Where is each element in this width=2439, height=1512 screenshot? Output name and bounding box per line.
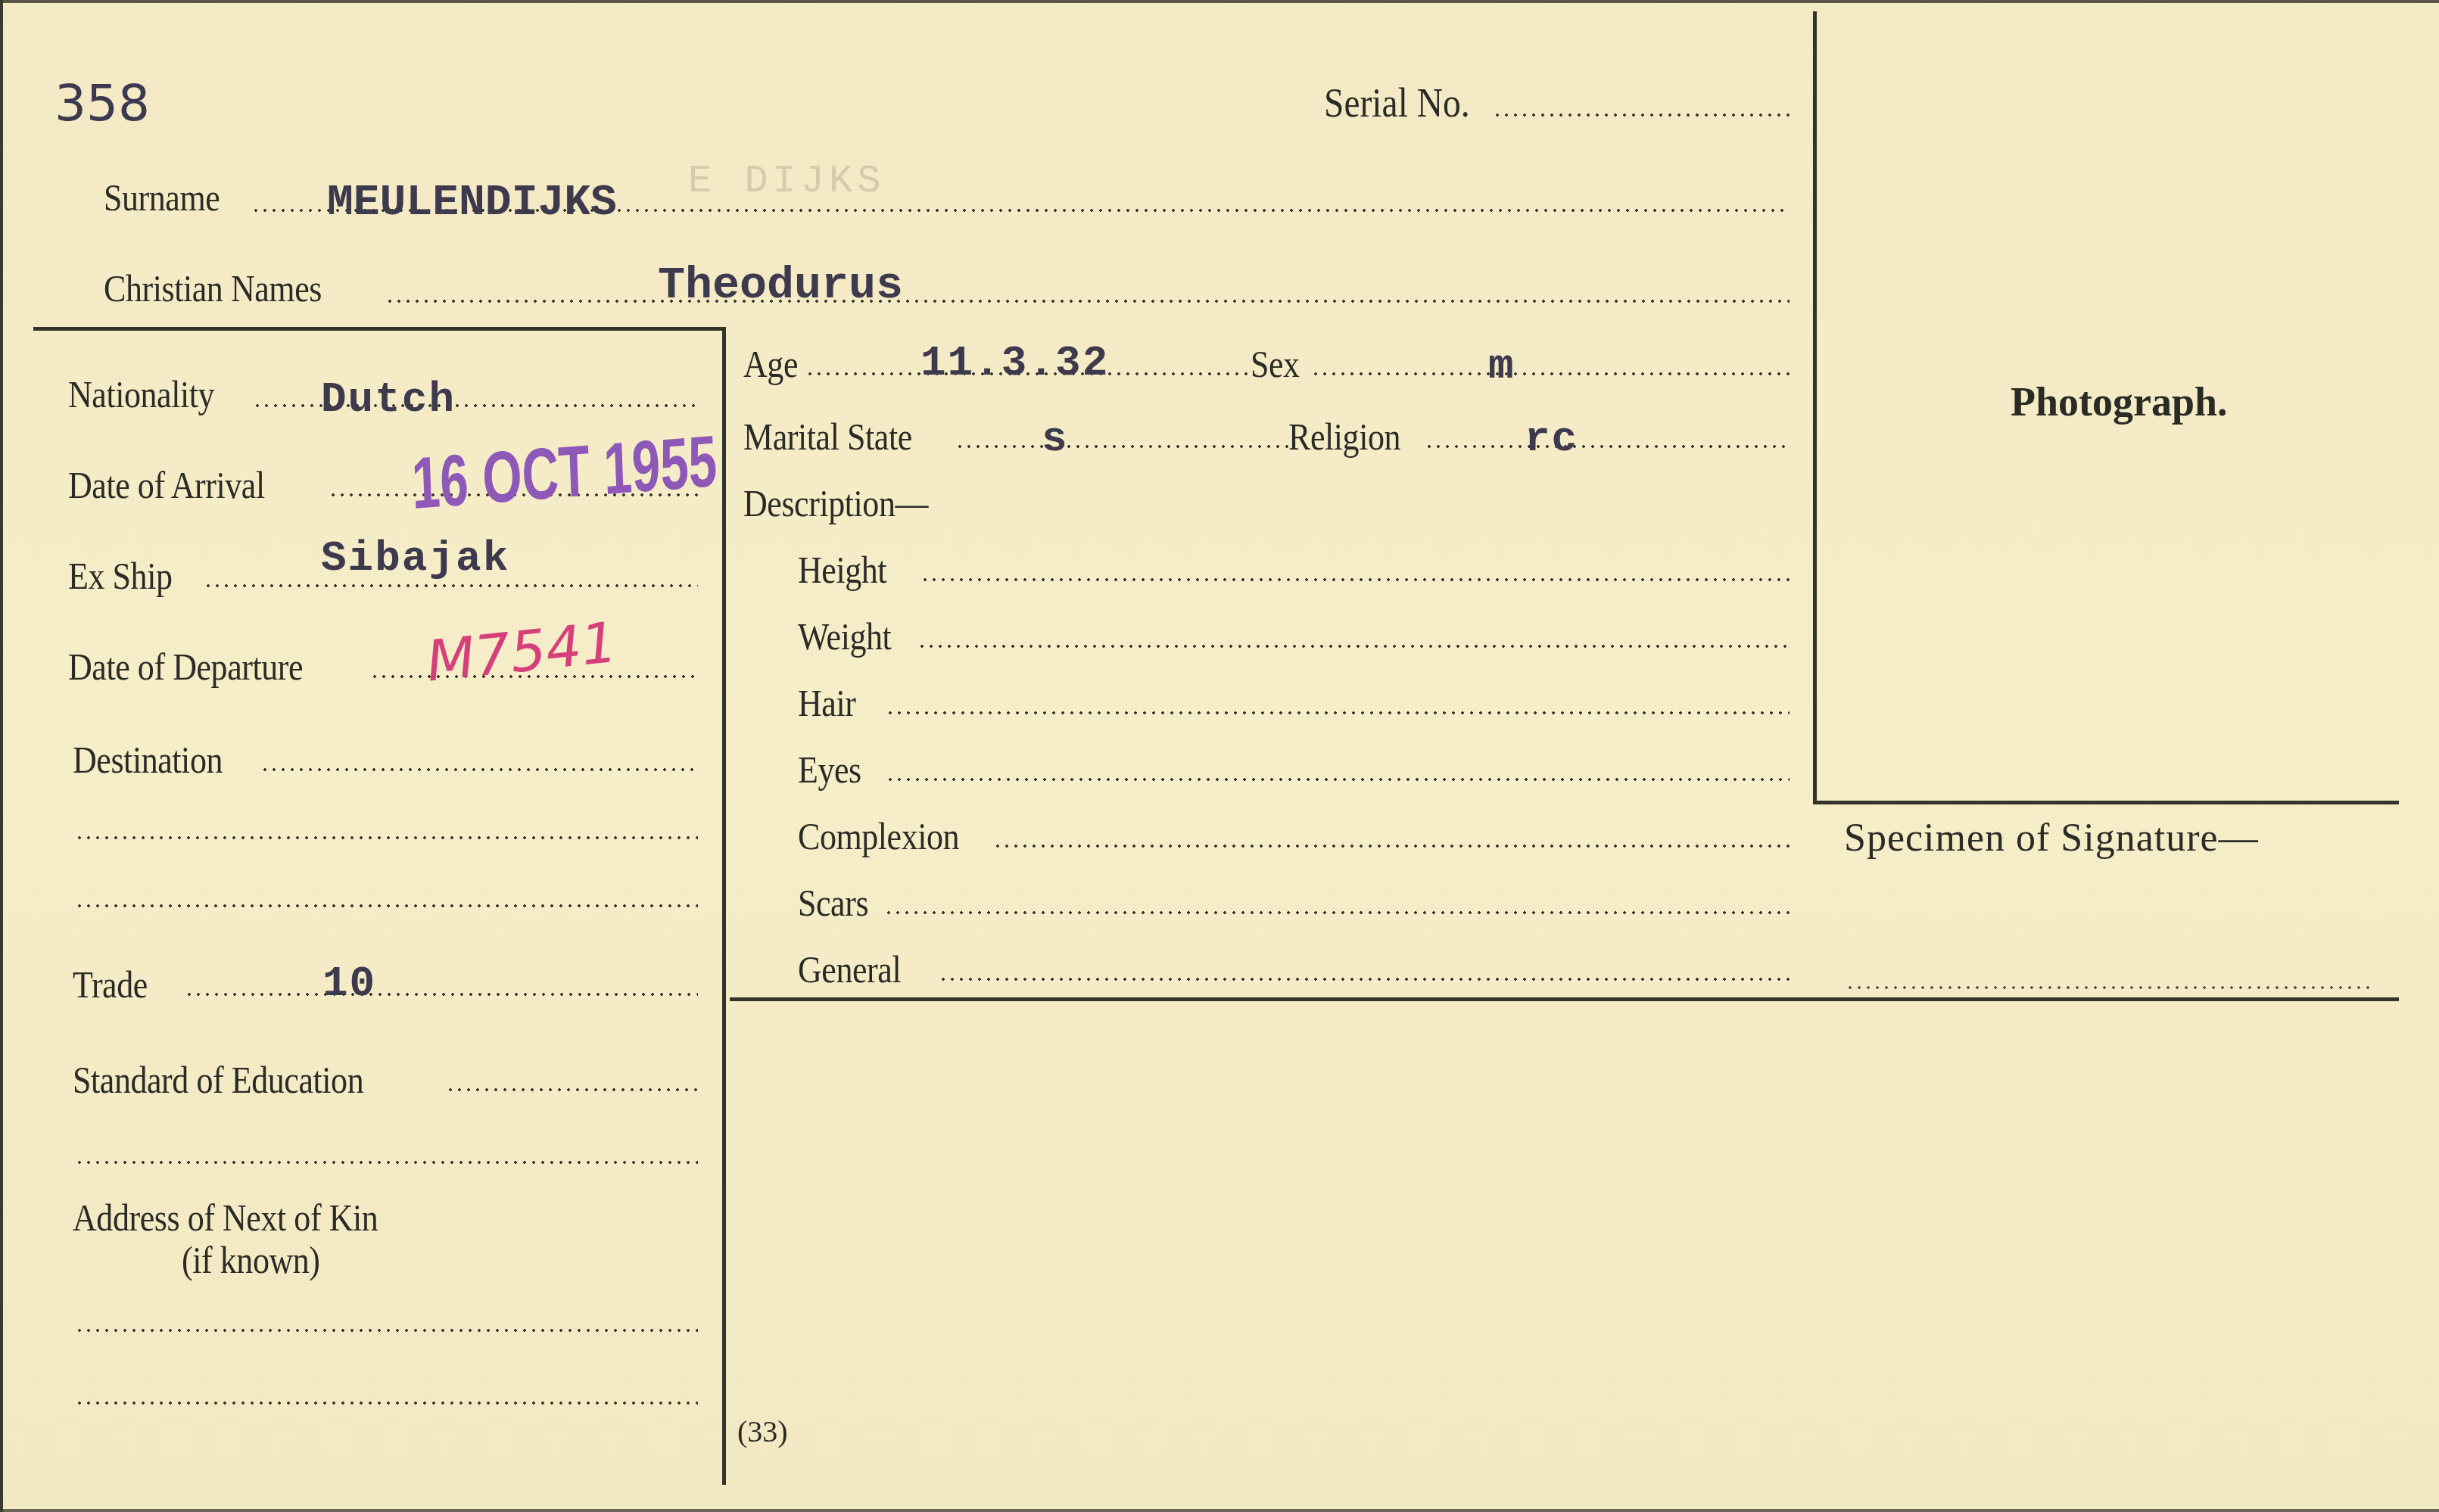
form-code: (33) [737,1414,788,1449]
description-label: Description— [743,481,928,525]
nationality-label: Nationality [68,372,214,416]
christian-names-label: Christian Names [104,266,322,310]
ex-ship-label: Ex Ship [68,554,173,598]
height-field[interactable] [920,578,1790,581]
card-number: 358 [55,74,150,132]
date-of-arrival-stamp: 16 OCT 1955 [410,420,718,526]
eyes-field[interactable] [886,778,1790,781]
surname-value: MEULENDIJKS [327,179,617,228]
ex-ship-field[interactable] [204,584,698,587]
marital-state-value: s [1042,415,1069,463]
weight-label: Weight [798,614,891,658]
card-top-edge [3,0,2439,3]
christian-names-value: Theodurus [658,260,903,312]
general-label: General [798,947,901,991]
height-label: Height [798,548,886,592]
standard-of-education-label: Standard of Education [73,1058,363,1102]
religion-label: Religion [1288,415,1400,459]
date-of-arrival-label: Date of Arrival [68,463,265,507]
trade-label: Trade [73,963,148,1006]
serial-no-label: Serial No. [1324,79,1470,126]
signature-field[interactable] [1846,986,2375,989]
nationality-value: Dutch [321,375,456,424]
next-of-kin-field[interactable] [75,1329,698,1332]
divider-photo-bottom [1813,801,2399,804]
marital-state-label: Marital State [743,415,912,459]
complexion-label: Complexion [798,814,959,858]
scars-label: Scars [798,881,868,925]
serial-no-field[interactable] [1493,114,1790,117]
next-of-kin-sublabel: (if known) [182,1238,320,1282]
destination-field-line-3[interactable] [75,904,698,907]
scars-field[interactable] [884,911,1790,914]
standard-of-education-field-line-2[interactable] [75,1161,698,1164]
immigration-record-card: 358 Serial No. Surname MEULENDIJKS E DIJ… [0,0,2439,1512]
next-of-kin-label: Address of Next of Kin [73,1196,378,1240]
surname-label: Surname [104,176,220,219]
religion-field[interactable] [1425,445,1790,448]
age-label: Age [743,342,798,386]
date-of-departure-handwritten: M7541 [424,610,621,695]
marital-state-field[interactable] [955,445,1288,448]
divider-photo-box [1813,11,1817,804]
hair-label: Hair [798,681,855,725]
hair-field[interactable] [886,711,1790,714]
sex-label: Sex [1251,342,1300,386]
ex-ship-value: Sibajak [321,534,509,583]
religion-value: rc [1525,415,1578,463]
signature-label: Specimen of Signature— [1844,816,2259,860]
surname-ghost-imprint: E DIJKS [688,159,885,204]
weight-field[interactable] [917,645,1790,648]
photograph-box[interactable] [1820,15,2395,799]
date-of-departure-label: Date of Departure [68,645,303,689]
destination-label: Destination [73,738,223,782]
age-value: 11.3.32 [920,339,1109,387]
sex-field[interactable] [1311,372,1790,375]
destination-field[interactable] [260,768,698,771]
next-of-kin-field-line-2[interactable] [75,1402,698,1405]
destination-field-line-2[interactable] [75,836,698,839]
eyes-label: Eyes [798,748,861,792]
divider-top-left [33,327,726,331]
general-field[interactable] [939,978,1790,981]
nationality-field[interactable] [253,404,698,407]
sex-value: m [1488,342,1515,390]
complexion-field[interactable] [993,845,1790,848]
card-bottom-edge [3,1509,2439,1512]
christian-names-field[interactable] [385,300,1790,303]
divider-left-column [722,327,726,1485]
standard-of-education-field[interactable] [446,1088,698,1091]
trade-field[interactable] [185,993,698,996]
trade-value: 10 [322,960,376,1008]
divider-middle [730,997,2399,1001]
